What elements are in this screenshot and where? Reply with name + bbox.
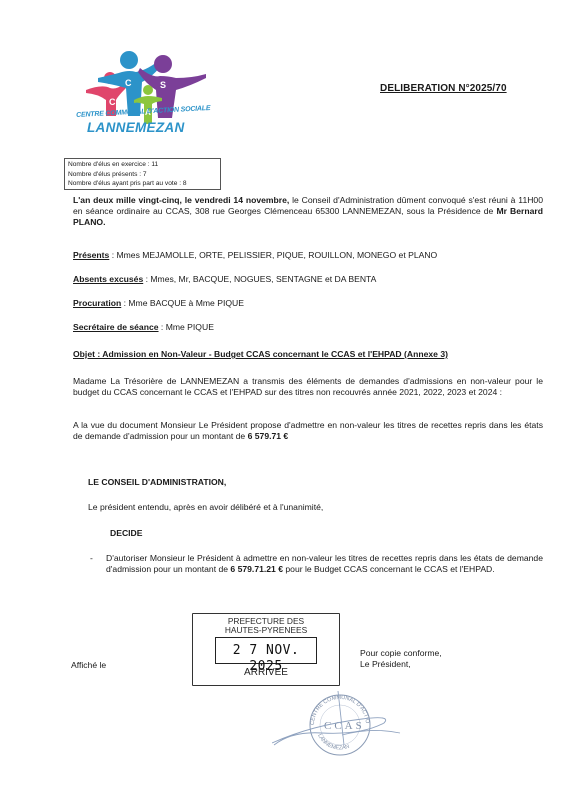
decision-article: D'autoriser Monsieur le Président à adme… [106,553,543,575]
seal-stamp-icon: CENTRE COMMUNAL D'ACTION SOCIALE LANNEME… [272,685,402,765]
absents-line: Absents excusés : Mmes, Mr, BACQUE, NOGU… [73,274,543,285]
proposal-paragraph: A la vue du document Monsieur Le Préside… [73,420,543,442]
members-in-office: Nombre d'élus en exercice : 11 [68,160,217,170]
secretaire-value: : Mme PIQUE [159,322,214,332]
svg-text:S: S [160,80,166,90]
procuration-value: : Mme BACQUE à Mme PIQUE [121,298,244,308]
pour-copie-conforme: Pour copie conforme, [360,648,442,659]
article-text-end: pour le Budget CCAS concernant le CCAS e… [283,564,495,574]
members-present: Nombre d'élus présents : 7 [68,170,217,180]
objet-text: Objet : Admission en Non-Valeur - Budget… [73,349,448,359]
article-bullet: - [90,553,93,564]
meeting-date: L'an deux mille vingt-cinq, le vendredi … [73,195,289,205]
secretaire-line: Secrétaire de séance : Mme PIQUE [73,322,543,333]
signatory-title: Le Président, [360,659,411,670]
stamp-department: HAUTES-PYRENEES [193,625,339,636]
presents-value: : Mmes MEJAMOLLE, ORTE, PELISSIER, PIQUE… [109,250,437,260]
presents-label: Présents [73,250,109,260]
conseil-heading: LE CONSEIL D'ADMINISTRATION, [88,477,226,488]
prefecture-stamp: PREFECTURE DES HAUTES-PYRENEES 2 7 NOV. … [192,613,340,686]
procuration-line: Procuration : Mme BACQUE à Mme PIQUE [73,298,543,309]
article-amount: 6 579.71.21 € [230,564,283,574]
presents-line: Présents : Mmes MEJAMOLLE, ORTE, PELISSI… [73,250,543,261]
tresoriere-paragraph: Madame La Trésorière de LANNEMEZAN a tra… [73,376,543,398]
absents-label: Absents excusés [73,274,143,284]
objet-heading: Objet : Admission en Non-Valeur - Budget… [73,349,543,360]
proposal-text: A la vue du document Monsieur Le Préside… [73,420,543,441]
members-count-box: Nombre d'élus en exercice : 11 Nombre d'… [64,158,221,190]
svg-text:C: C [109,97,116,107]
members-voting: Nombre d'élus ayant pris part au vote : … [68,179,217,189]
affiche-label: Affiché le [71,660,106,671]
absents-value: : Mmes, Mr, BACQUE, NOGUES, SENTAGNE et … [143,274,376,284]
ccas-seal-signature: CENTRE COMMUNAL D'ACTION SOCIALE LANNEME… [272,685,402,765]
svg-text:C: C [125,78,132,88]
procuration-label: Procuration [73,298,121,308]
decide-heading: DECIDE [110,528,142,539]
meeting-intro: L'an deux mille vingt-cinq, le vendredi … [73,195,543,227]
entendu-line: Le président entendu, après en avoir dél… [88,502,323,513]
logo-caption-line2: LANNEMEZAN [87,120,185,137]
secretaire-label: Secrétaire de séance [73,322,159,332]
deliberation-title: DELIBERATION N°2025/70 [380,83,507,96]
stamp-date-box: 2 7 NOV. 2025 [215,637,317,664]
stamp-status: ARRIVEE [193,667,339,680]
proposal-amount: 6 579.71 € [248,431,289,441]
